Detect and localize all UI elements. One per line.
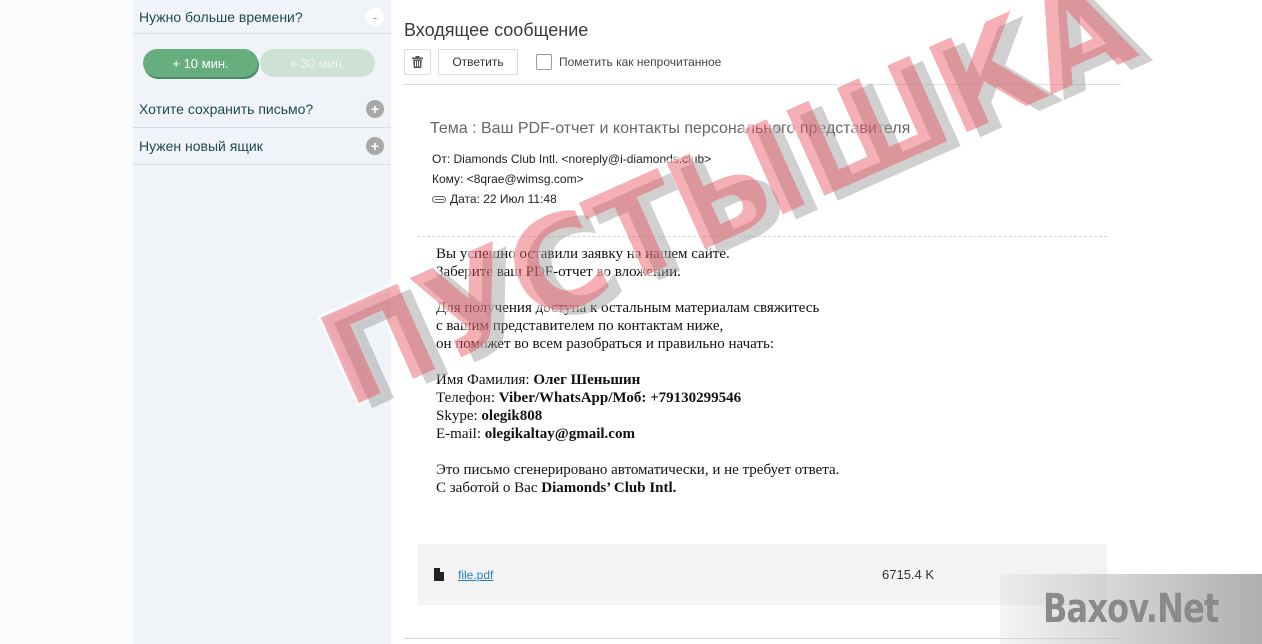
message-body: Вы успешно оставили заявку на нашем сайт… <box>436 245 839 497</box>
mark-unread-toggle[interactable]: Пометить как непрочитанное <box>536 54 721 70</box>
message-from: От: Diamonds Club Intl. <noreply@i-diamo… <box>432 152 711 166</box>
reply-button[interactable]: Ответить <box>438 49 518 75</box>
more-time-label: Нужно больше времени? <box>139 9 391 25</box>
message-date-row: Дата: 22 Июл 11:48 <box>432 192 557 206</box>
message-subject: Тема : Ваш PDF-отчет и контакты персонал… <box>430 120 910 138</box>
body-line: с вашим представителем по контактам ниже… <box>436 317 839 335</box>
contact-skype: Skype: olegik808 <box>436 407 839 425</box>
body-footer: Это письмо сгенерировано автоматически, … <box>436 461 839 479</box>
expand-icon[interactable]: + <box>366 100 384 118</box>
page-title: Входящее сообщение <box>404 20 588 41</box>
header-divider <box>417 236 1107 237</box>
sidebar: Нужно больше времени? - + 10 мин. + 30 м… <box>133 0 391 644</box>
attachment-size: 6715.4 K <box>882 567 934 582</box>
watermark: Baxov.Net <box>1000 574 1262 644</box>
divider <box>404 84 1121 85</box>
time-extension-buttons: + 10 мин. + 30 мин. <box>133 34 391 92</box>
message-to: Кому: <8qrae@wimsg.com> <box>432 172 584 186</box>
mark-unread-label: Пометить как непрочитанное <box>559 55 721 69</box>
contact-phone: Телефон: Viber/WhatsApp/Моб: +7913029954… <box>436 389 839 407</box>
trash-icon <box>412 56 423 68</box>
contact-name: Имя Фамилия: Олег Шеньшин <box>436 371 839 389</box>
add-30-min-button[interactable]: + 30 мин. <box>260 49 375 77</box>
save-letter-section[interactable]: Хотите сохранить письмо? + <box>133 91 391 128</box>
message-toolbar: Ответить Пометить как непрочитанное <box>404 49 721 75</box>
collapse-icon[interactable]: - <box>366 8 384 26</box>
file-icon <box>434 568 444 581</box>
body-line: он поможет во всем разобраться и правиль… <box>436 335 839 353</box>
save-letter-label: Хотите сохранить письмо? <box>139 101 391 117</box>
paperclip-icon <box>432 196 446 203</box>
body-signature: С заботой о Вас Diamonds’ Club Intl. <box>436 479 839 497</box>
more-time-section[interactable]: Нужно больше времени? - <box>133 0 391 34</box>
new-box-label: Нужен новый ящик <box>139 138 391 154</box>
new-box-section[interactable]: Нужен новый ящик + <box>133 128 391 165</box>
body-line: Для получения доступа к остальным матери… <box>436 299 839 317</box>
message-view: Входящее сообщение Ответить Пометить как… <box>391 0 1262 644</box>
body-line: Вы успешно оставили заявку на нашем сайт… <box>436 245 839 263</box>
message-date: Дата: 22 Июл 11:48 <box>450 192 557 206</box>
delete-button[interactable] <box>404 49 431 75</box>
contact-email: E-mail: olegikaltay@gmail.com <box>436 425 839 443</box>
add-10-min-button[interactable]: + 10 мин. <box>143 49 258 77</box>
mark-unread-checkbox[interactable] <box>536 54 552 70</box>
body-line: Заберите ваш PDF-отчет во вложении. <box>436 263 839 281</box>
expand-icon[interactable]: + <box>366 137 384 155</box>
watermark-text: Baxov.Net <box>1043 586 1219 632</box>
attachment-link[interactable]: file.pdf <box>458 568 493 582</box>
